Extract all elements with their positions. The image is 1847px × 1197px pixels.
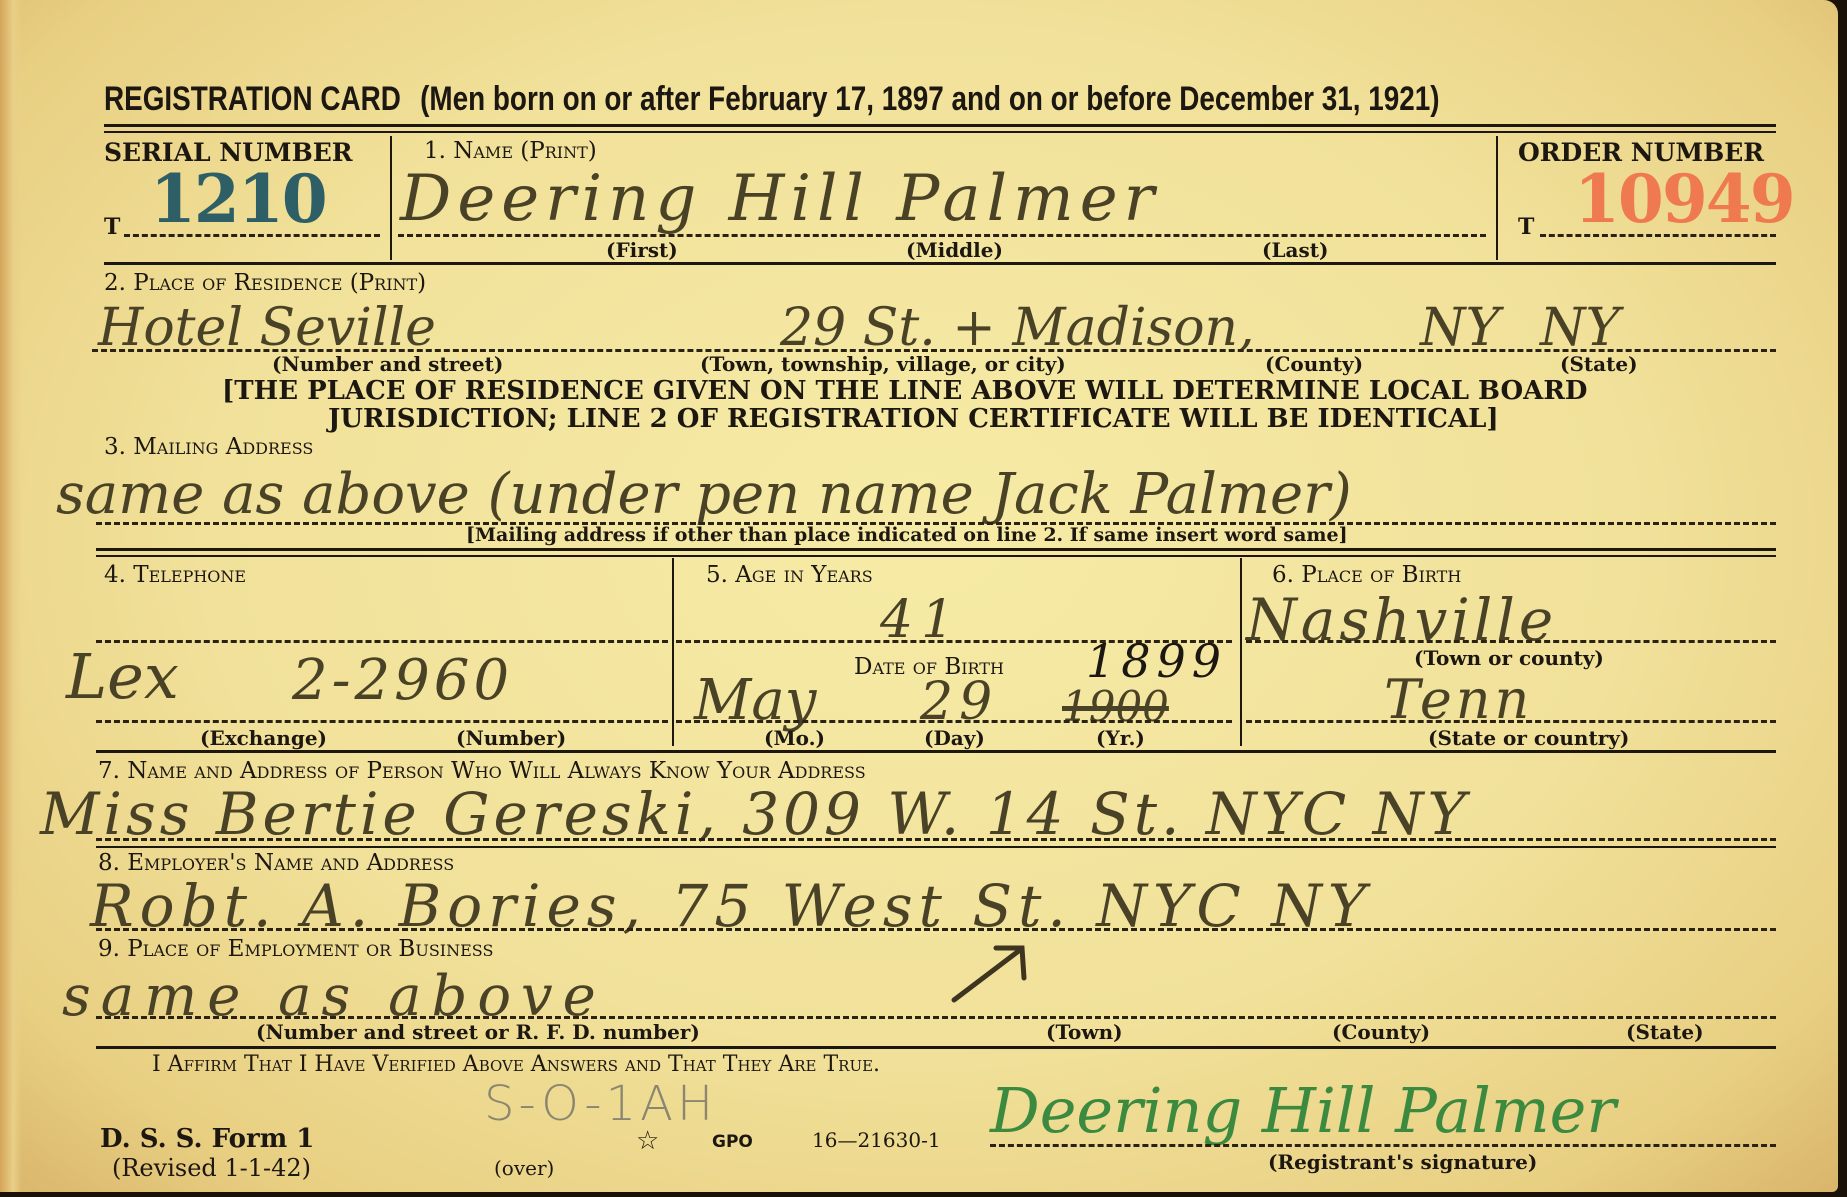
- card-title: REGISTRATION CARD: [104, 80, 401, 118]
- order-prefix: T: [1518, 214, 1534, 240]
- residence-street-label: (Number and street): [272, 352, 503, 376]
- affirm-text: I Affirm That I Have Verified Above Answ…: [152, 1052, 880, 1077]
- name-last-label: (Last): [1262, 238, 1328, 262]
- dob-year-corrected: 1899: [1086, 634, 1227, 688]
- dob-month-label: (Mo.): [764, 726, 825, 750]
- rule-section-4a: [96, 548, 1776, 551]
- print-code: 16—21630-1: [812, 1128, 941, 1152]
- form-number: D. S. S. Form 1: [100, 1124, 314, 1154]
- signature-label: (Registrant's signature): [1268, 1150, 1537, 1174]
- employer-dash: [96, 928, 1776, 931]
- residence-notice-1: [THE PLACE OF RESIDENCE GIVEN ON THE LIN…: [222, 376, 1587, 406]
- rule-section-4b: [96, 555, 1776, 557]
- order-dash: [1540, 234, 1776, 237]
- divider-birthplace: [1240, 558, 1242, 746]
- birthplace-town: Nashville: [1246, 586, 1557, 654]
- dob-day-label: (Day): [924, 726, 985, 750]
- name-middle-label: (Middle): [906, 238, 1003, 262]
- telephone-label: 4. Telephone: [104, 562, 246, 588]
- dob-year-struck: 1900: [1062, 682, 1169, 731]
- mailing-note: [Mailing address if other than place ind…: [466, 524, 1348, 546]
- order-number-stamp: 10949: [1574, 160, 1794, 238]
- form-revised: (Revised 1-1-42): [112, 1154, 311, 1182]
- telephone-exchange-label: (Exchange): [200, 726, 327, 750]
- divider-age: [672, 558, 674, 746]
- rule-top-2: [104, 131, 1776, 133]
- birthplace-dash-top: [1246, 640, 1776, 643]
- arrow-up-right-icon: [950, 938, 1040, 1008]
- pencil-code: S-O-1AH: [484, 1076, 717, 1132]
- name-handwritten: Deering Hill Palmer: [400, 162, 1160, 236]
- age-label: 5. Age in Years: [706, 562, 873, 588]
- card-subtitle: (Men born on or after February 17, 1897 …: [420, 80, 1439, 118]
- telephone-number: 2-2960: [292, 648, 513, 713]
- star-icon: ☆: [636, 1126, 659, 1156]
- contact-dash: [96, 838, 1776, 841]
- name-label: 1. Name (Print): [424, 138, 597, 164]
- divider-order: [1496, 136, 1498, 260]
- rule-section-2: [104, 262, 1776, 265]
- employment-town-label: (Town): [1046, 1020, 1123, 1044]
- dob-day: 29: [920, 672, 998, 732]
- dob-dash: [676, 720, 1232, 723]
- telephone-exchange: Lex: [66, 640, 179, 713]
- over-label: (over): [494, 1156, 554, 1180]
- birthplace-state-label: (State or country): [1428, 726, 1629, 750]
- employment-dash: [96, 1016, 1776, 1019]
- residence-state-label: (State): [1560, 352, 1638, 376]
- rule-top-1: [104, 124, 1776, 127]
- serial-number-stamp: 1210: [150, 160, 326, 238]
- birthplace-dash-bottom: [1246, 720, 1776, 723]
- mailing-label: 3. Mailing Address: [104, 434, 313, 460]
- birthplace-label: 6. Place of Birth: [1272, 562, 1461, 588]
- card-title-row: REGISTRATION CARD (Men born on or after …: [104, 80, 1440, 119]
- name-dash: [398, 234, 1486, 237]
- employment-state-label: (State): [1626, 1020, 1704, 1044]
- employment-label: 9. Place of Employment or Business: [98, 936, 493, 962]
- residence-label: 2. Place of Residence (Print): [104, 270, 426, 296]
- residence-town-label: (Town, township, village, or city): [700, 352, 1066, 376]
- name-first-label: (First): [606, 238, 678, 262]
- signature-dash: [990, 1144, 1776, 1147]
- dob-month: May: [694, 668, 816, 733]
- rule-section-7: [96, 750, 1776, 753]
- rule-affirm: [96, 1046, 1776, 1049]
- dob-year-label: (Yr.): [1096, 726, 1145, 750]
- employment-county-label: (County): [1332, 1020, 1430, 1044]
- employment-street-label: (Number and street or R. F. D. number): [256, 1020, 700, 1044]
- divider-serial: [390, 136, 392, 260]
- telephone-dash-bottom: [96, 720, 668, 723]
- mailing-value: same as above (under pen name Jack Palme…: [56, 462, 1352, 527]
- registration-card: REGISTRATION CARD (Men born on or after …: [0, 0, 1838, 1192]
- residence-county-label: (County): [1265, 352, 1363, 376]
- gpo-label: GPO: [712, 1132, 753, 1152]
- telephone-number-label: (Number): [456, 726, 566, 750]
- serial-dash: [124, 234, 380, 237]
- card-edge: [0, 0, 22, 1192]
- serial-prefix: T: [104, 214, 120, 240]
- telephone-dash-top: [96, 640, 668, 643]
- residence-notice-2: JURISDICTION; LINE 2 OF REGISTRATION CER…: [328, 404, 1499, 434]
- birthplace-town-label: (Town or county): [1414, 646, 1604, 670]
- registrant-signature: Deering Hill Palmer: [990, 1074, 1616, 1147]
- rule-section-8: [96, 846, 1776, 848]
